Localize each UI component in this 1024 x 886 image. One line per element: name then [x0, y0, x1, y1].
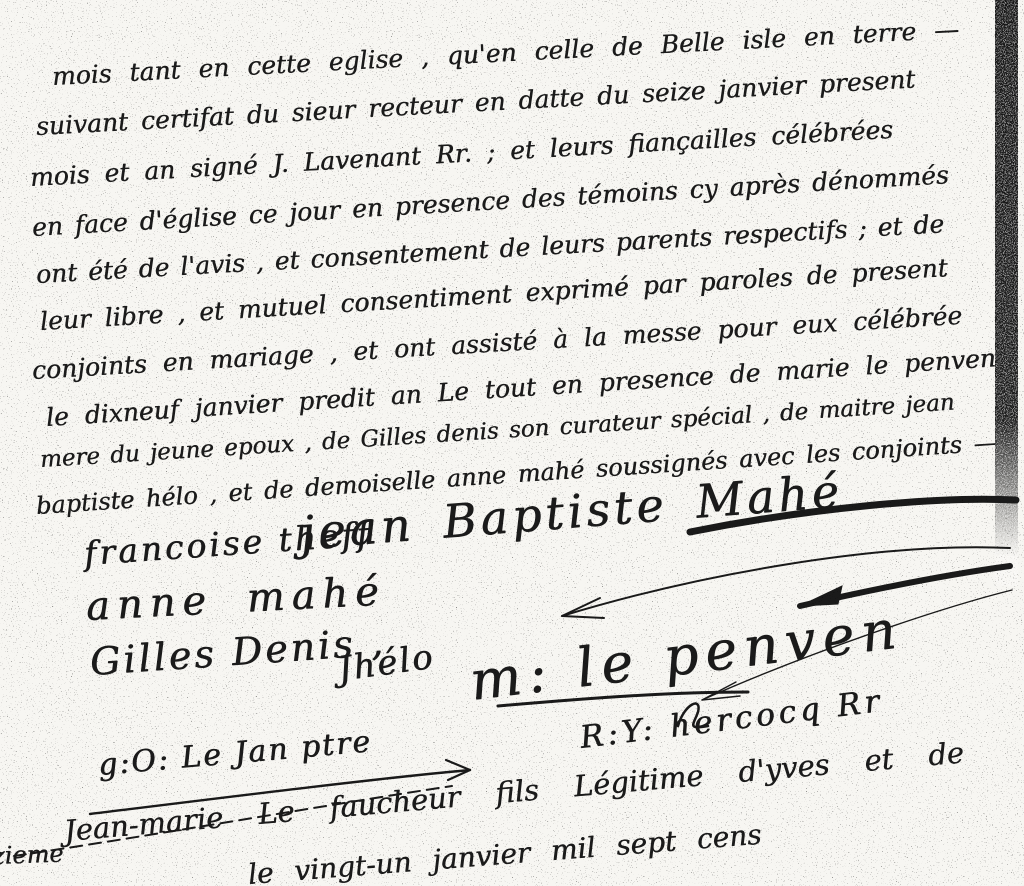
signature-le-jan-pretre: g:O: Le Jan ptre	[96, 724, 373, 783]
signature-anne-mahe: anne mahé	[85, 568, 387, 630]
next-entry-bottom-fragment: le vingt-un janvier mil sept cens	[247, 818, 763, 886]
binding-shadow-band	[995, 0, 1018, 586]
scanned-register-page: mois tant en cette eglise , qu'en celle …	[0, 0, 1024, 886]
margin-note: zieme	[0, 840, 64, 870]
